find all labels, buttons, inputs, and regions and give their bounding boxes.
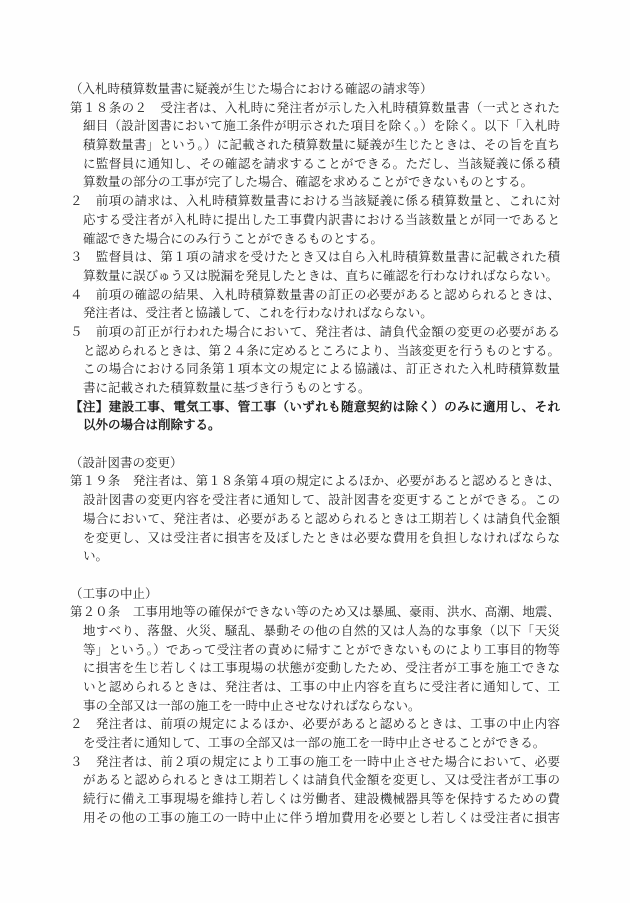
text-line: い。	[70, 547, 560, 566]
text-line: ４ 前項の確認の結果、入札時積算数量書の訂正の必要があると認められるときは、	[70, 286, 560, 305]
text-line: この場合における同条第１項本文の規定による協議は、訂正された入札時積算数量	[70, 360, 560, 379]
text-line: に監督員に通知し、その確認を請求することができる。ただし、当該疑義に係る積	[70, 155, 560, 174]
text-line: 発注者は、受注者と協議して、これを行わなければならない。	[70, 304, 560, 323]
text-line: を変更し、又は受注者に損害を及ぼしたときは必要な費用を負担しなければならな	[70, 529, 560, 548]
document-page: （入札時積算数量書に疑義が生じた場合における確認の請求等）第１８条の２ 受注者は…	[0, 0, 630, 903]
text-line: 等」という。）であって受注者の責めに帰すことができないものにより工事目的物等	[70, 641, 560, 660]
text-line: 積算数量書」という。）に記載された積算数量に疑義が生じたときは、その旨を直ち	[70, 136, 560, 155]
text-line: 算数量の部分の工事が完了した場合、確認を求めることができないものとする。	[70, 173, 560, 192]
text-line: と認められるときは、第２４条に定めるところにより、当該変更を行うものとする。	[70, 342, 560, 361]
text-line: 地すべり、落盤、火災、騒乱、暴動その他の自然的又は人為的な事象（以下「天災	[70, 622, 560, 641]
text-line: 場合において、発注者は、必要があると認められるときは工期若しくは請負代金額	[70, 510, 560, 529]
text-line: 事の全部又は一部の施工を一時中止させなければならない。	[70, 697, 560, 716]
text-line: 以外の場合は削除する。	[70, 416, 560, 435]
text-line: 第１９条 発注者は、第１８条第４項の規定によるほか、必要があると認めるときは、	[70, 472, 560, 491]
article-18-2: （入札時積算数量書に疑義が生じた場合における確認の請求等）第１８条の２ 受注者は…	[70, 80, 560, 435]
text-line: （設計図書の変更）	[70, 454, 560, 473]
text-line: 設計図書の変更内容を受注者に通知して、設計図書を変更することができる。この	[70, 491, 560, 510]
text-line: 【注】建設工事、電気工事、管工事（いずれも随意契約は除く）のみに適用し、それ	[70, 398, 560, 417]
text-line: があると認められるときは工期若しくは請負代金額を変更し、又は受注者が工事の	[70, 771, 560, 790]
text-line: 続行に備え工事現場を維持し若しくは労働者、建設機械器具等を保持するための費	[70, 790, 560, 809]
text-line: ２ 前項の請求は、入札時積算数量書における当該疑義に係る積算数量と、これに対	[70, 192, 560, 211]
text-line: 算数量に誤びゅう又は脱漏を発見したときは、直ちに確認を行わなければならない。	[70, 267, 560, 286]
article-20: （工事の中止）第２０条 工事用地等の確保ができない等のため又は暴風、豪雨、洪水、…	[70, 585, 560, 828]
text-line: 応する受注者が入札時に提出した工事費内訳書における当該数量とが同一であると	[70, 211, 560, 230]
text-line: ３ 発注者は、前２項の規定により工事の施工を一時中止させた場合において、必要	[70, 753, 560, 772]
text-line: （入札時積算数量書に疑義が生じた場合における確認の請求等）	[70, 80, 560, 99]
text-line: 第２０条 工事用地等の確保ができない等のため又は暴風、豪雨、洪水、高潮、地震、	[70, 603, 560, 622]
text-line: ２ 発注者は、前項の規定によるほか、必要があると認めるときは、工事の中止内容	[70, 715, 560, 734]
text-line: を受注者に通知して、工事の全部又は一部の施工を一時中止させることができる。	[70, 734, 560, 753]
text-line: 確認できた場合にのみ行うことができるものとする。	[70, 230, 560, 249]
document-body: （入札時積算数量書に疑義が生じた場合における確認の請求等）第１８条の２ 受注者は…	[70, 80, 560, 828]
text-line: ３ 監督員は、第１項の請求を受けたとき又は自ら入札時積算数量書に記載された積	[70, 248, 560, 267]
text-line: 用その他の工事の施工の一時中止に伴う増加費用を必要とし若しくは受注者に損害	[70, 809, 560, 828]
text-line: （工事の中止）	[70, 585, 560, 604]
text-line: 書に記載された積算数量に基づき行うものとする。	[70, 379, 560, 398]
text-line: ５ 前項の訂正が行われた場合において、発注者は、請負代金額の変更の必要がある	[70, 323, 560, 342]
text-line: に損害を生じ若しくは工事現場の状態が変動したため、受注者が工事を施工できな	[70, 659, 560, 678]
text-line: 第１８条の２ 受注者は、入札時に発注者が示した入札時積算数量書（一式とされた	[70, 99, 560, 118]
text-line: いと認められるときは、発注者は、工事の中止内容を直ちに受注者に通知して、工	[70, 678, 560, 697]
text-line: 細目（設計図書において施工条件が明示された項目を除く。）を除く。以下「入札時	[70, 117, 560, 136]
article-19: （設計図書の変更）第１９条 発注者は、第１８条第４項の規定によるほか、必要がある…	[70, 454, 560, 566]
